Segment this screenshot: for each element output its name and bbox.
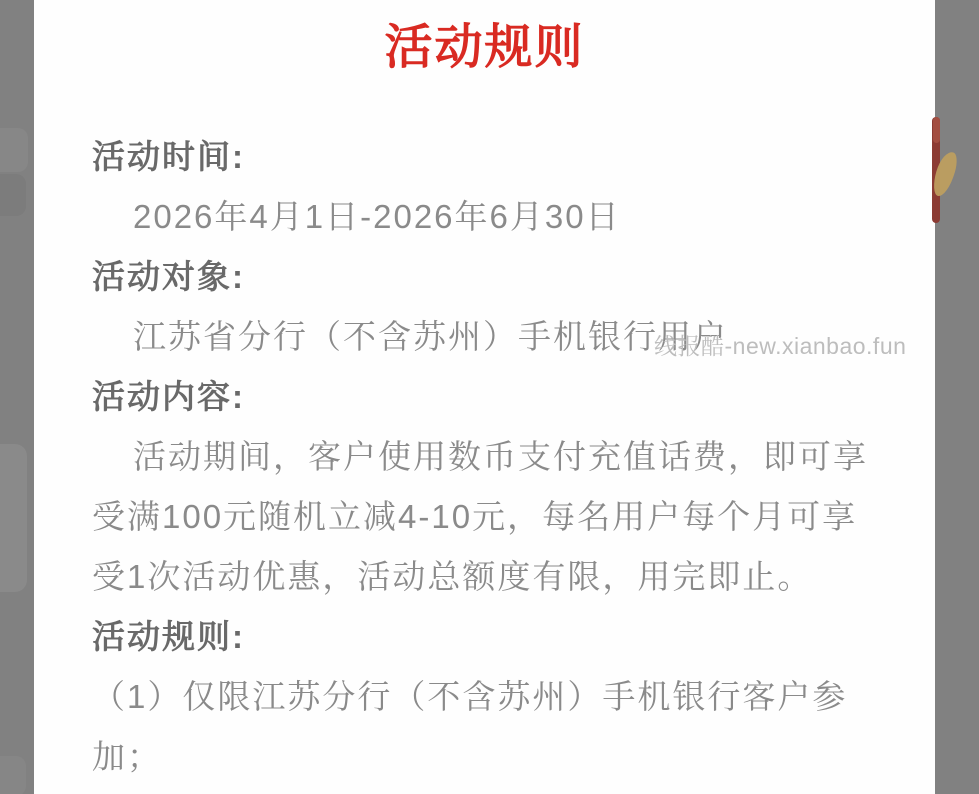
dimmed-background-left xyxy=(0,0,34,794)
section-heading-rules: 活动规则: xyxy=(92,607,883,667)
rules-content: 活动时间: 2026年4月1日-2026年6月30日 活动对象: 江苏省分行（不… xyxy=(92,127,883,787)
section-body-line: 2026年4月1日-2026年6月30日 xyxy=(92,187,883,247)
rules-modal: 活动规则 活动时间: 2026年4月1日-2026年6月30日 活动对象: 江苏… xyxy=(34,0,935,794)
dimmed-background-shape xyxy=(0,128,28,172)
section-heading-time: 活动时间: xyxy=(92,127,883,187)
red-decoration-sliver xyxy=(933,117,940,143)
dimmed-background-shape xyxy=(0,756,26,794)
watermark: 线报酷-new.xianbao.fun xyxy=(654,333,906,359)
section-body-line: 受1次活动优惠，活动总额度有限，用完即止。 xyxy=(92,547,883,607)
section-body-line: 加； xyxy=(92,727,883,787)
page-title: 活动规则 xyxy=(34,0,935,72)
section-heading-target: 活动对象: xyxy=(92,247,883,307)
section-body-line: （1）仅限江苏分行（不含苏州）手机银行客户参 xyxy=(92,667,883,727)
dimmed-background-right xyxy=(935,0,979,794)
section-heading-content: 活动内容: xyxy=(92,367,883,427)
dimmed-background-card xyxy=(0,444,27,592)
section-body-line: 受满100元随机立减4-10元，每名用户每个月可享 xyxy=(92,487,883,547)
dimmed-background-shape xyxy=(0,174,26,216)
rules-page: 活动规则 活动时间: 2026年4月1日-2026年6月30日 活动对象: 江苏… xyxy=(0,0,979,794)
section-body-line: 活动期间，客户使用数币支付充值话费，即可享 xyxy=(92,427,883,487)
